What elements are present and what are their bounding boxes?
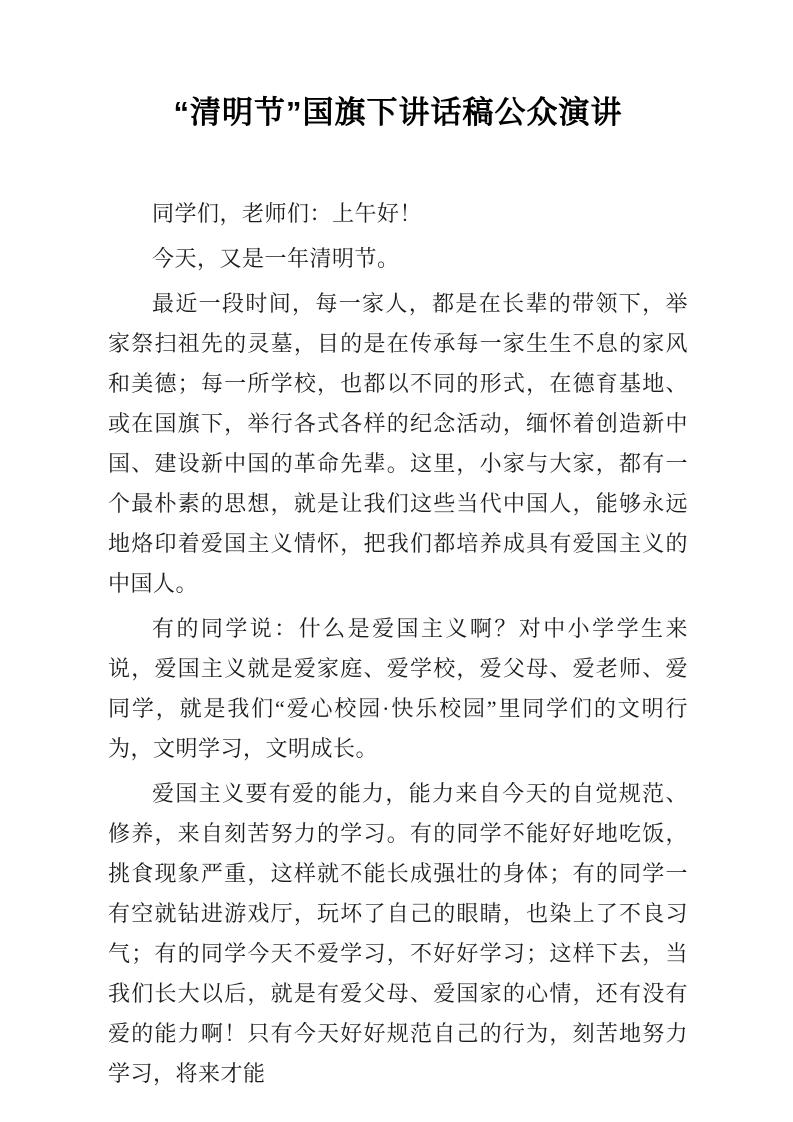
- document-page: “清明节”国旗下讲话稿公众演讲 同学们，老师们：上午好！ 今天，又是一年清明节。…: [0, 0, 793, 1122]
- paragraph-greeting: 同学们，老师们：上午好！: [108, 194, 688, 234]
- document-title: “清明节”国旗下讲话稿公众演讲: [108, 94, 688, 132]
- paragraph-ability-to-love: 爱国主义要有爱的能力，能力来自今天的自觉规范、修养，来自刻苦努力的学习。有的同学…: [108, 774, 688, 1094]
- document-body: 同学们，老师们：上午好！ 今天，又是一年清明节。 最近一段时间，每一家人，都是在…: [108, 194, 688, 1094]
- paragraph-family-and-school-remembrance: 最近一段时间，每一家人，都是在长辈的带领下，举家祭扫祖先的灵墓，目的是在传承每一…: [108, 284, 688, 604]
- paragraph-what-is-patriotism: 有的同学说：什么是爱国主义啊？对中小学学生来说，爱国主义就是爱家庭、爱学校，爱父…: [108, 609, 688, 769]
- paragraph-qingming-intro: 今天，又是一年清明节。: [108, 239, 688, 279]
